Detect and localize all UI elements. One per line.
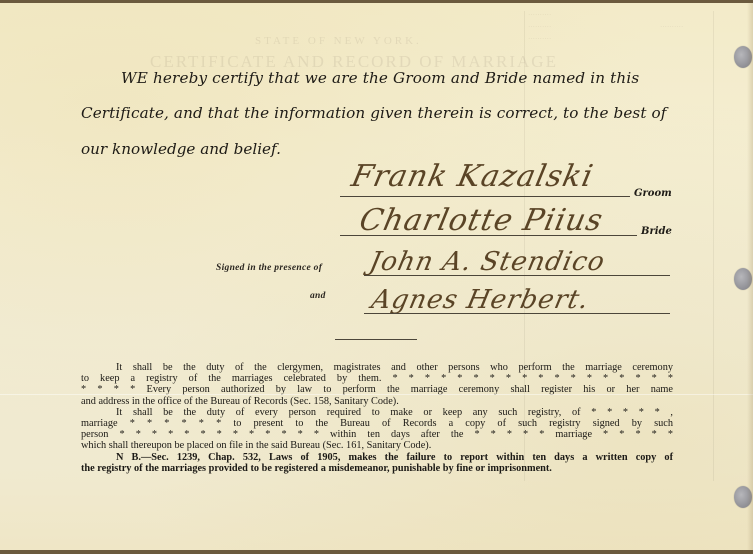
bride-label: Bride — [641, 226, 672, 237]
bride-signature-line — [340, 235, 637, 236]
bride-signature: Charlotte Piius — [356, 203, 606, 238]
groom-signature-line — [340, 196, 630, 197]
law-notice-line: It shall be the duty of the clergymen, m… — [81, 362, 673, 373]
groom-signature: Frank Kazalski — [348, 159, 596, 194]
page-edge-shadow — [747, 3, 753, 550]
law-notice-line: person * * * * * * * * * * * * * within … — [81, 429, 673, 440]
certification-line-2: Certificate, and that the information gi… — [81, 104, 666, 122]
showthrough-rule — [713, 11, 714, 481]
certificate-page: STATE OF NEW YORK. CERTIFICATE AND RECOR… — [0, 3, 753, 550]
law-notice: It shall be the duty of the clergymen, m… — [81, 362, 673, 474]
showthrough-state-heading: STATE OF NEW YORK. — [255, 35, 422, 47]
law-notice-line: which shall thereupon be placed on file … — [81, 440, 673, 451]
law-notice-line: marriage * * * * * * to present to the B… — [81, 418, 673, 429]
law-notice-line: the registry of the marriages provided t… — [81, 463, 673, 474]
showthrough-small-text: ·········· — [528, 35, 551, 43]
blank-signature-line — [335, 339, 417, 340]
law-notice-line: to keep a registry of the marriages cele… — [81, 373, 673, 384]
law-notice-line: It shall be the duty of every person req… — [81, 407, 673, 418]
showthrough-small-text: ·········· — [660, 23, 683, 31]
certification-line-3: our knowledge and belief. — [81, 140, 281, 158]
groom-label: Groom — [634, 188, 672, 199]
law-notice-line: N B.—Sec. 1239, Chap. 532, Laws of 1905,… — [81, 452, 673, 463]
and-label: and — [310, 291, 326, 301]
showthrough-small-text: ·········· — [528, 23, 551, 31]
witness-1-signature-line — [364, 275, 670, 276]
witness-2-signature-line — [364, 313, 670, 314]
certification-line-1: WE hereby certify that we are the Groom … — [121, 69, 639, 87]
witness-2-signature: Agnes Herbert. — [369, 285, 592, 315]
law-notice-line: and address in the office of the Bureau … — [81, 396, 673, 407]
presence-label: Signed in the presence of — [216, 263, 322, 273]
showthrough-small-text: ·········· — [528, 11, 551, 19]
scan-fold-line — [0, 394, 753, 395]
witness-1-signature: John A. Stendico — [367, 247, 608, 277]
